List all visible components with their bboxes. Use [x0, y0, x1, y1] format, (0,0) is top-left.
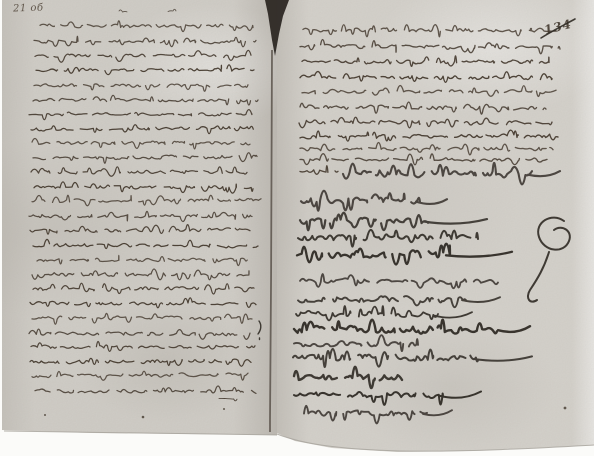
manuscript-photo: 21 об 134	[0, 0, 594, 456]
handwriting-ink-layer	[0, 0, 594, 456]
